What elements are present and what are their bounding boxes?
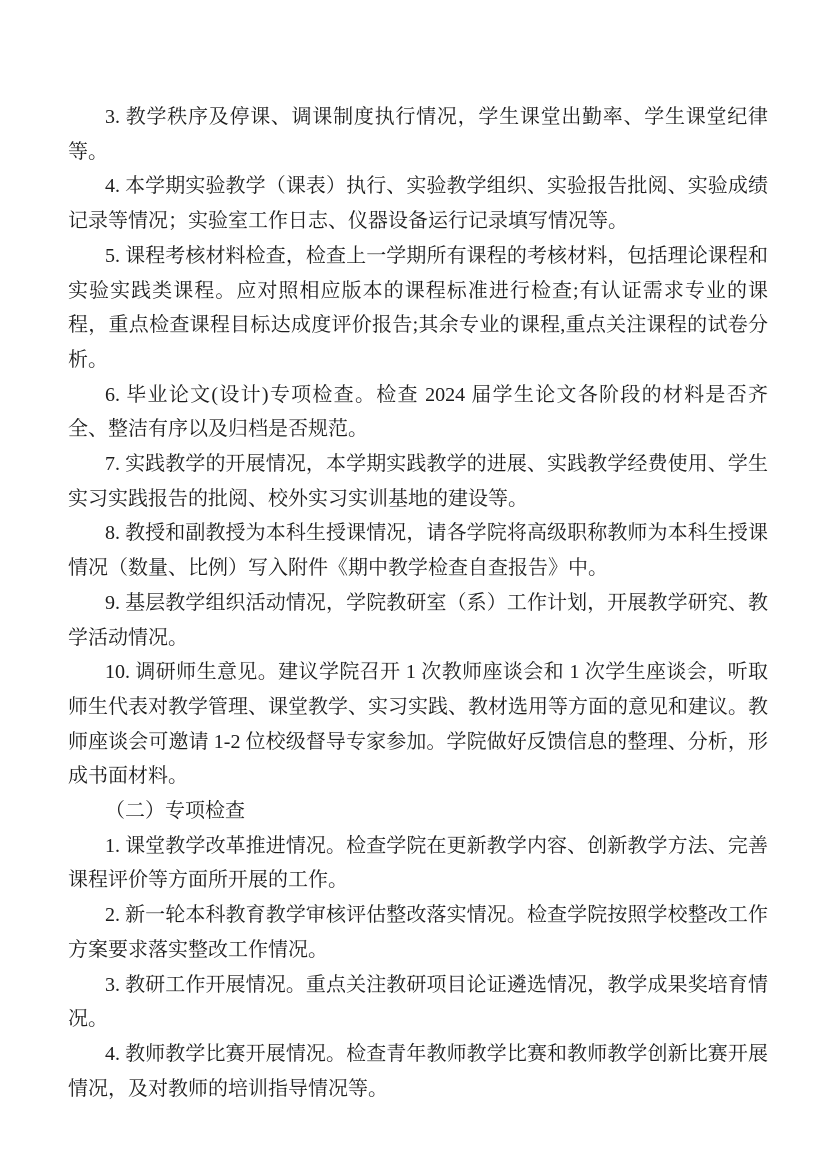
- paragraph: 8. 教授和副教授为本科生授课情况，请各学院将高级职称教师为本科生授课情况（数量…: [68, 516, 768, 585]
- document-body: 3. 教学秩序及停课、调课制度执行情况，学生课堂出勤率、学生课堂纪律等。4. 本…: [68, 100, 768, 1106]
- document-page: 3. 教学秩序及停课、调课制度执行情况，学生课堂出勤率、学生课堂纪律等。4. 本…: [0, 0, 820, 1159]
- paragraph: 4. 教师教学比赛开展情况。检查青年教师教学比赛和教师教学创新比赛开展情况，及对…: [68, 1037, 768, 1106]
- paragraph: 10. 调研师生意见。建议学院召开 1 次教师座谈会和 1 次学生座谈会，听取师…: [68, 655, 768, 794]
- paragraph: 3. 教学秩序及停课、调课制度执行情况，学生课堂出勤率、学生课堂纪律等。: [68, 100, 768, 169]
- section-heading: （二）专项检查: [68, 794, 768, 829]
- paragraph: 7. 实践教学的开展情况，本学期实践教学的进展、实践教学经费使用、学生实习实践报…: [68, 447, 768, 516]
- paragraph: 4. 本学期实验教学（课表）执行、实验教学组织、实验报告批阅、实验成绩记录等情况…: [68, 169, 768, 238]
- paragraph: 3. 教研工作开展情况。重点关注教研项目论证遴选情况，教学成果奖培育情况。: [68, 968, 768, 1037]
- paragraph: 9. 基层教学组织活动情况，学院教研室（系）工作计划，开展教学研究、教学活动情况…: [68, 586, 768, 655]
- paragraph: 1. 课堂教学改革推进情况。检查学院在更新教学内容、创新教学方法、完善课程评价等…: [68, 829, 768, 898]
- paragraph: 5. 课程考核材料检查，检查上一学期所有课程的考核材料，包括理论课程和实验实践类…: [68, 239, 768, 378]
- paragraph: 6. 毕业论文(设计)专项检查。检查 2024 届学生论文各阶段的材料是否齐全、…: [68, 378, 768, 447]
- paragraph: 2. 新一轮本科教育教学审核评估整改落实情况。检查学院按照学校整改工作方案要求落…: [68, 898, 768, 967]
